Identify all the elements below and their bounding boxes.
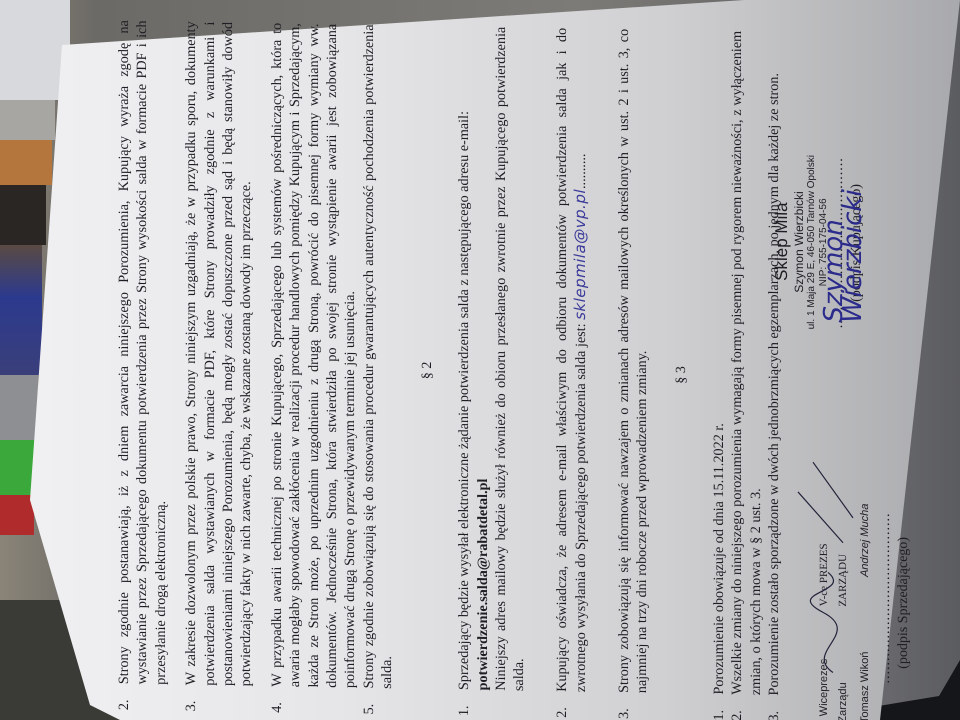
item-text: Kupujący oświadcza, że adresem e-mail wł… <box>554 28 589 693</box>
seller-signature-line: ...................................... <box>877 503 895 720</box>
item-text: Wszelkie zmiany do niniejszego porozumie… <box>728 31 765 696</box>
item-text: Strony zgodnie zobowiązują się do stosow… <box>360 24 397 689</box>
background-shelf <box>0 100 55 140</box>
background-gray-package <box>0 375 38 445</box>
section-1-item-5: 5.Strony zgodnie zobowiązują się do stos… <box>360 24 397 715</box>
seller-signature-caption: (podpis Sprzedającego) <box>895 504 913 720</box>
item-text: W zakresie dozwolonym przez polskie praw… <box>182 21 256 686</box>
buyer-signature-block: Sklep Mila Szymon Wierzbicki ul. 1 Maja … <box>773 121 866 363</box>
section-1-item-3: 3.W zakresie dozwolonym przez polskie pr… <box>182 21 256 712</box>
item-text: Strony zgodnie postanawiają, iż z dniem … <box>115 20 170 685</box>
seller-email: potwierdzenie.salda@rabatdetal.pl <box>475 478 491 690</box>
seller-signature-block: I Wiceprezes Zarządu Tomasz Wikoń V-ce P… <box>793 502 913 720</box>
item-text: Sprzedający będzie wysyłał elektroniczne… <box>456 111 472 690</box>
buyer-handwritten-signature: Szymon Wierzbicki <box>825 122 862 323</box>
buyer-stamp-title: Sklep Mila <box>773 121 791 361</box>
background-blue-package <box>0 245 42 375</box>
fill-dots: .......... <box>573 153 589 189</box>
section-2-item-2: 2. Kupujący oświadcza, że adresem e-mail… <box>553 28 591 719</box>
document-page: 2.Strony zgodnie postanawiają, iż z dnie… <box>115 20 815 720</box>
section-1-item-2: 2.Strony zgodnie postanawiają, iż z dnie… <box>115 20 170 711</box>
section-3-items: 1.Porozumienie obowiązuje od dnia 15.11.… <box>710 30 784 720</box>
item-text: W przypadku awarii technicznej po stroni… <box>268 23 360 689</box>
background-red-package <box>0 495 34 535</box>
background-green-package <box>0 440 34 495</box>
background-dark-object <box>0 185 46 245</box>
section-3-item-1: 1.Porozumienie obowiązuje od dnia 15.11.… <box>710 30 728 720</box>
section-2-item-3: 3. Strony zobowiązują się informować naw… <box>615 29 652 720</box>
signature-area: I Wiceprezes Zarządu Tomasz Wikoń V-ce P… <box>793 32 923 720</box>
section-3-item-2: 2.Wszelkie zmiany do niniejszego porozum… <box>728 31 765 720</box>
item-text: Porozumienie obowiązuje od dnia 15.11.20… <box>710 30 728 694</box>
section-1-item-4: 4.W przypadku awarii technicznej po stro… <box>268 23 360 715</box>
section-1-items: 2.Strony zgodnie postanawiają, iż z dnie… <box>115 20 397 715</box>
item-text: Niniejszy adres mailowy będzie służył ró… <box>493 27 527 692</box>
handwritten-buyer-email: sklepmila@vp.pl <box>571 189 589 320</box>
section-2-heading: § 2 <box>419 25 437 715</box>
buyer-stamp-address: ul. 1 Maja 29 E, 46-050 Tarnów Opolski <box>806 122 818 362</box>
buyer-stamp-owner: Szymon Wierzbicki <box>792 122 806 362</box>
background-wood <box>0 140 52 185</box>
section-2-item-1: 1. Sprzedający będzie wysyłał elektronic… <box>455 26 529 717</box>
item-text: Strony zobowiązują się informować nawzaj… <box>615 29 652 694</box>
seller-signature-scribble-icon <box>793 432 873 693</box>
section-3-heading: § 3 <box>673 30 691 720</box>
